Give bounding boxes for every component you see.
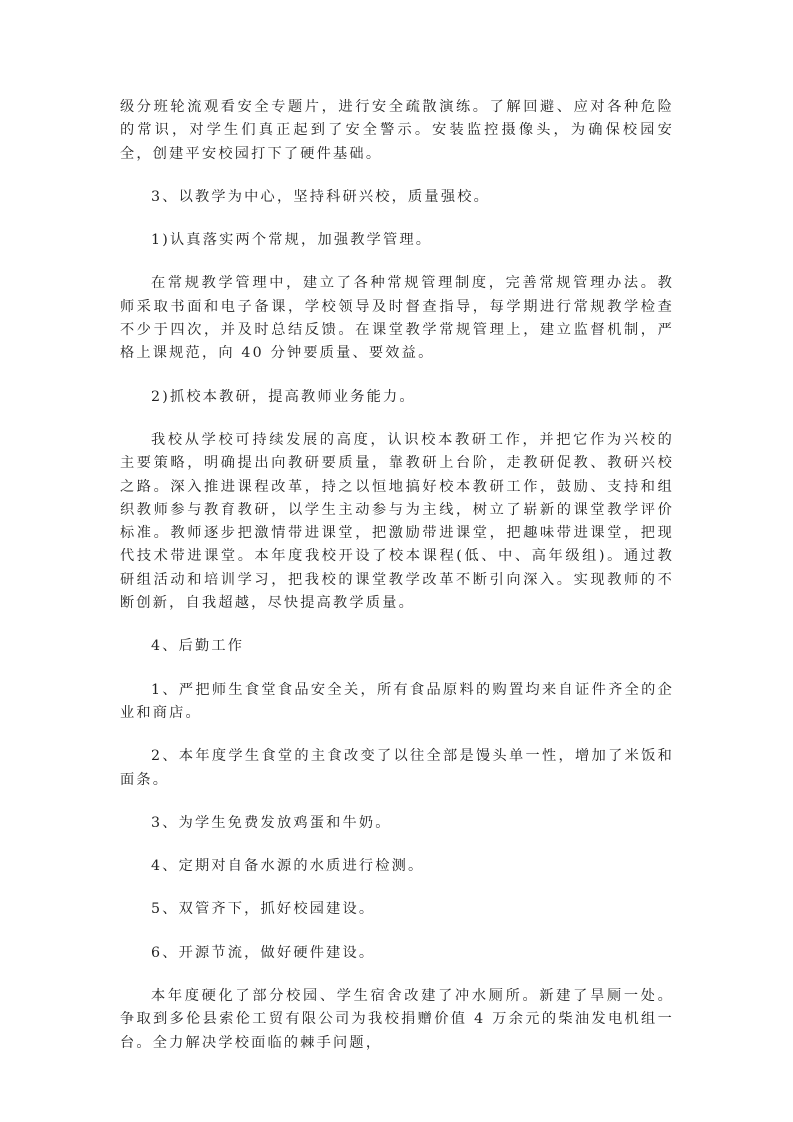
- subheading-school-research: 2)抓校本教研，提高教师业务能力。: [120, 386, 674, 409]
- heading-logistics: 4、后勤工作: [120, 635, 674, 658]
- list-item-eggs-milk: 3、为学生免费发放鸡蛋和牛奶。: [120, 812, 674, 835]
- list-item-campus-construction: 5、双管齐下，抓好校园建设。: [120, 898, 674, 921]
- list-item-staple-food: 2、本年度学生食堂的主食改变了以往全部是馒头单一性，增加了米饭和面条。: [120, 745, 674, 792]
- subheading-two-routines: 1)认真落实两个常规，加强教学管理。: [120, 229, 674, 252]
- heading-teaching-center: 3、以教学为中心，坚持科研兴校，质量强校。: [120, 186, 674, 209]
- list-item-water-testing: 4、定期对自备水源的水质进行检测。: [120, 855, 674, 878]
- document-page: 级分班轮流观看安全专题片，进行安全疏散演练。了解回避、应对各种危险的常识，对学生…: [120, 96, 674, 1075]
- paragraph-safety-continued: 级分班轮流观看安全专题片，进行安全疏散演练。了解回避、应对各种危险的常识，对学生…: [120, 96, 674, 166]
- paragraph-campus-upgrades: 本年度硬化了部分校园、学生宿舍改建了冲水厕所。新建了旱厕一处。争取到多伦县索伦工…: [120, 985, 674, 1055]
- list-item-food-safety: 1、严把师生食堂食品安全关，所有食品原料的购置均来自证件齐全的企业和商店。: [120, 679, 674, 726]
- paragraph-routine-management: 在常规教学管理中，建立了各种常规管理制度，完善常规管理办法。教师采取书面和电子备…: [120, 272, 674, 365]
- list-item-hardware-construction: 6、开源节流，做好硬件建设。: [120, 942, 674, 965]
- paragraph-school-research: 我校从学校可持续发展的高度，认识校本教研工作，并把它作为兴校的主要策略，明确提出…: [120, 429, 674, 615]
